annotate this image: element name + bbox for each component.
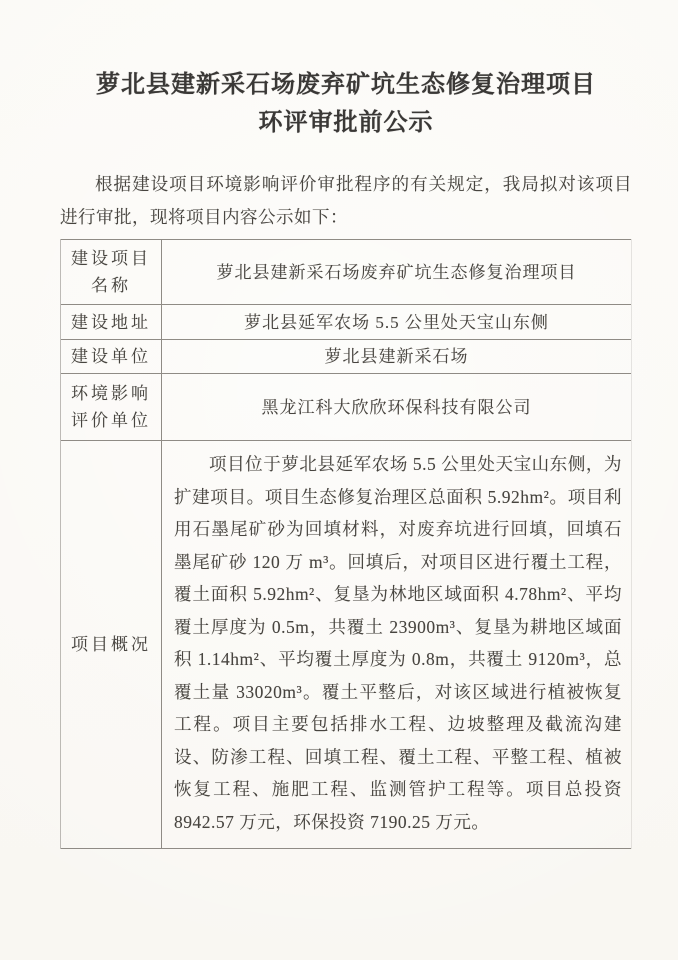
document-title: 萝北县建新采石场废弃矿坑生态修复治理项目 环评审批前公示	[60, 0, 632, 142]
table-row-overview: 项目概况 项目位于萝北县延军农场 5.5 公里处天宝山东侧，为扩建项目。项目生态…	[61, 441, 632, 849]
table-row-builder: 建设单位 萝北县建新采石场	[61, 340, 632, 374]
table-row-address: 建设地址 萝北县延军农场 5.5 公里处天宝山东侧	[61, 305, 632, 340]
table-row-project-name: 建设项目名称 萝北县建新采石场废弃矿坑生态修复治理项目	[61, 240, 632, 305]
row-label-project-name: 建设项目名称	[61, 240, 162, 305]
title-line-1: 萝北县建新采石场废弃矿坑生态修复治理项目	[60, 66, 632, 104]
row-value-project-name: 萝北县建新采石场废弃矿坑生态修复治理项目	[162, 240, 632, 305]
table-row-eia-agency: 环境影响评价单位 黑龙江科大欣欣环保科技有限公司	[61, 374, 632, 441]
title-line-2: 环评审批前公示	[60, 104, 632, 142]
page-content: 萝北县建新采石场废弃矿坑生态修复治理项目 环评审批前公示 根据建设项目环境影响评…	[0, 0, 678, 849]
row-value-overview: 项目位于萝北县延军农场 5.5 公里处天宝山东侧，为扩建项目。项目生态修复治理区…	[162, 441, 632, 849]
row-label-eia-agency: 环境影响评价单位	[61, 374, 162, 441]
row-value-address: 萝北县延军农场 5.5 公里处天宝山东侧	[162, 305, 632, 340]
row-value-builder: 萝北县建新采石场	[162, 340, 632, 374]
project-info-table: 建设项目名称 萝北县建新采石场废弃矿坑生态修复治理项目 建设地址 萝北县延军农场…	[60, 239, 632, 849]
intro-paragraph: 根据建设项目环境影响评价审批程序的有关规定，我局拟对该项目进行审批，现将项目内容…	[60, 168, 632, 234]
row-label-builder: 建设单位	[61, 340, 162, 374]
row-value-eia-agency: 黑龙江科大欣欣环保科技有限公司	[162, 374, 632, 441]
row-label-overview: 项目概况	[61, 441, 162, 849]
scanned-notice-page: 萝北县建新采石场废弃矿坑生态修复治理项目 环评审批前公示 根据建设项目环境影响评…	[0, 0, 678, 960]
row-label-address: 建设地址	[61, 305, 162, 340]
